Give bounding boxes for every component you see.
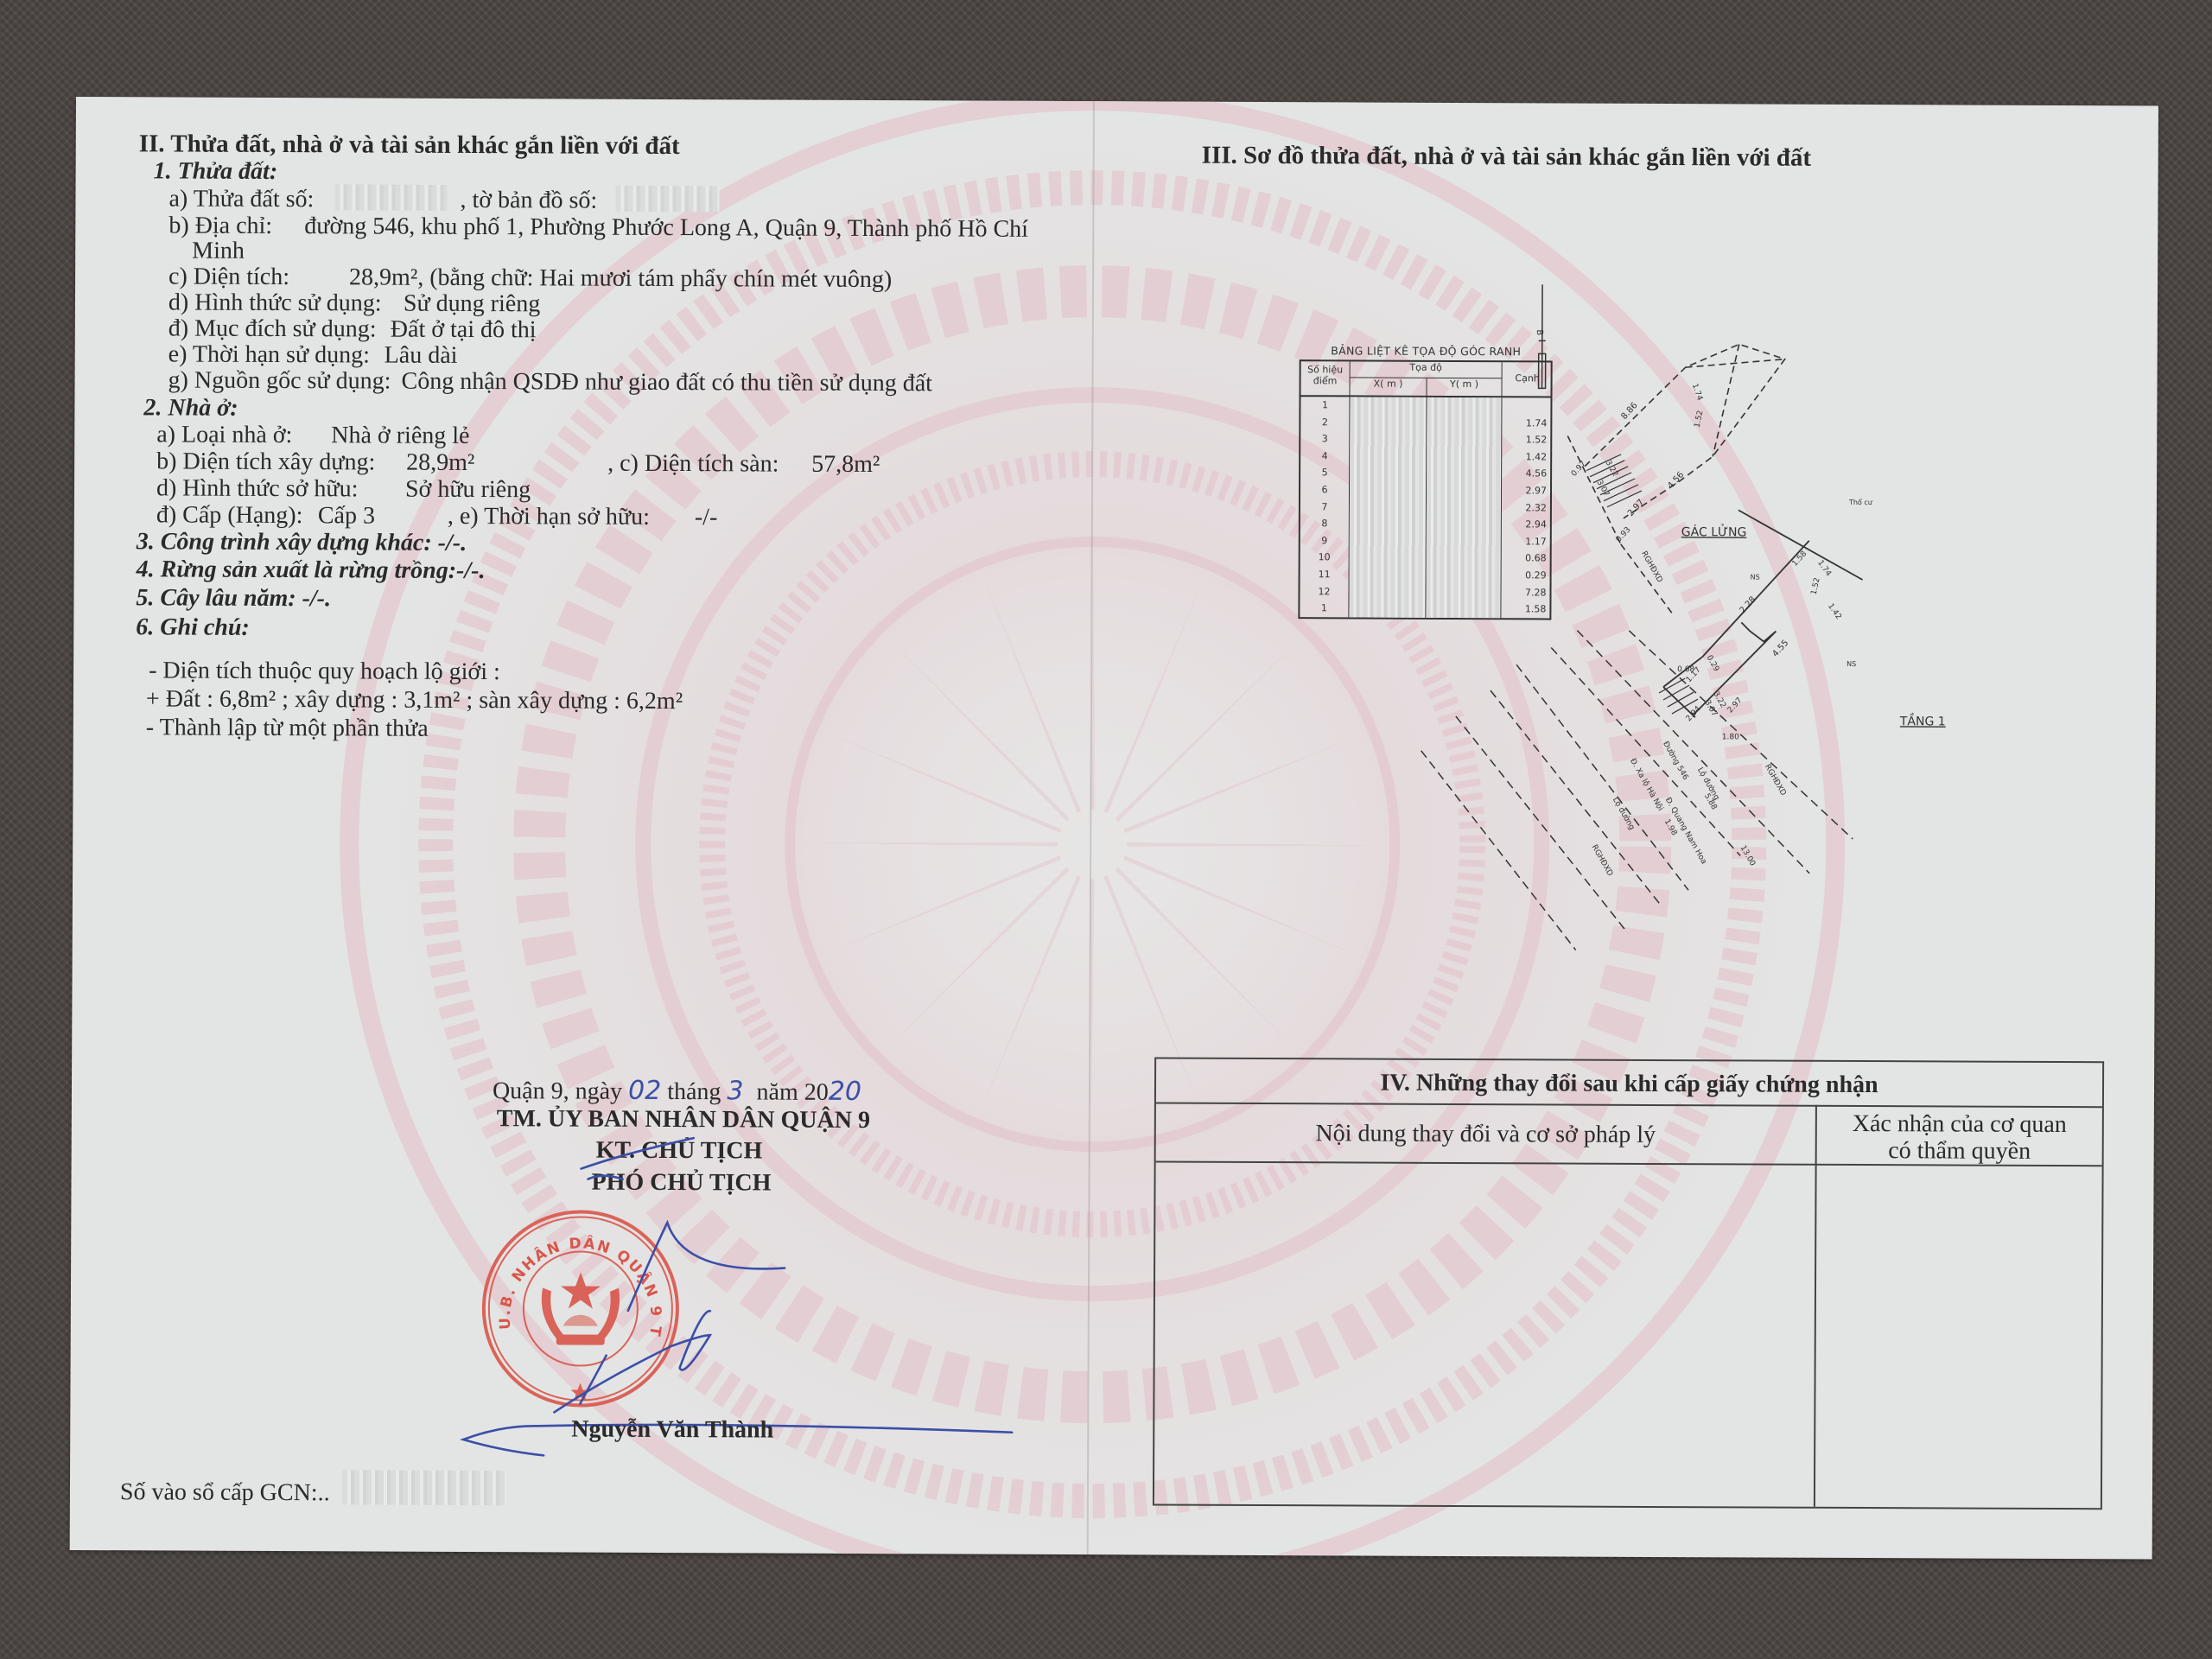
- ownership-value: Sở hữu riêng: [405, 478, 531, 503]
- svg-text:Đường 546: Đường 546: [1661, 740, 1690, 782]
- grade-value: Cấp 3: [318, 504, 375, 528]
- forest: 4. Rừng sản xuất là rừng trồng:-/-.: [137, 557, 486, 583]
- section-ii-title: II. Thửa đất, nhà ở và tài sản khác gắn …: [139, 131, 680, 159]
- house-heading: 2. Nhà ở:: [143, 396, 238, 420]
- north-arrow-icon: [1539, 284, 1547, 388]
- signer-name: Nguyễn Văn Thành: [571, 1418, 773, 1443]
- built-area-value: 28,9m²: [406, 451, 474, 475]
- svg-text:0.29: 0.29: [1705, 654, 1721, 674]
- changes-col-confirm-1: Xác nhận của cơ quan: [1817, 1110, 2102, 1139]
- svg-text:2.28: 2.28: [1738, 595, 1758, 616]
- svg-text:0.93: 0.93: [1615, 525, 1633, 544]
- grade-label: đ) Cấp (Hạng):: [156, 503, 303, 528]
- month-label: tháng: [667, 1078, 721, 1105]
- redacted-parcel-number: [334, 184, 447, 211]
- use-form-value: Sử dụng riêng: [404, 292, 540, 317]
- redacted-map-sheet: [615, 186, 719, 213]
- point-id: 2: [1300, 414, 1349, 431]
- point-id: 8: [1300, 515, 1349, 532]
- svg-text:Thổ cư: Thổ cư: [1848, 498, 1873, 506]
- register-number-label: Số vào sổ cấp GCN:..: [120, 1480, 330, 1505]
- point-column: 1234567891011121: [1300, 397, 1350, 617]
- point-id: 12: [1300, 583, 1348, 601]
- changes-col-content: Nội dung thay đổi và cơ sở pháp lý: [1156, 1119, 1815, 1149]
- certificate-paper: II. Thửa đất, nhà ở và tài sản khác gắn …: [70, 97, 2158, 1559]
- svg-text:Lộ đường: Lộ đường: [1611, 796, 1637, 832]
- svg-text:RGHĐXD: RGHĐXD: [1639, 550, 1664, 584]
- section-iii-title: III. Sơ đồ thửa đất, nhà ở và tài sản kh…: [1202, 143, 1811, 171]
- col-point-line1: Số hiệu: [1301, 364, 1350, 375]
- ground-floor-label: TẦNG 1: [1899, 712, 1946, 728]
- address-value-cont: Minh: [192, 239, 245, 264]
- date-prefix: Quận 9, ngày: [493, 1077, 622, 1105]
- address-value: đường 546, khu phố 1, Phường Phước Long …: [304, 214, 1028, 242]
- place-date: Quận 9, ngày 02 tháng 3 năm 2020: [493, 1077, 861, 1105]
- svg-text:4.55: 4.55: [1770, 639, 1790, 659]
- svg-text:4.56: 4.56: [1666, 470, 1686, 491]
- purpose-value: Đất ở tại đô thị: [391, 318, 537, 343]
- svg-text:2.97: 2.97: [1726, 696, 1745, 715]
- changes-col-confirm-2: có thẩm quyền: [1817, 1137, 2102, 1166]
- origin-value: Công nhận QSDĐ như giao đất có thu tiền …: [402, 370, 933, 397]
- point-id: 7: [1300, 499, 1349, 516]
- purpose-label: đ) Mục đích sử dụng:: [168, 316, 377, 341]
- point-id: 1: [1300, 600, 1348, 617]
- use-form-label: d) Hình thức sử dụng:: [168, 290, 382, 315]
- svg-text:RGHĐXD: RGHĐXD: [1590, 843, 1615, 878]
- svg-text:8.86: 8.86: [1619, 401, 1639, 422]
- perennial: 5. Cây lâu năm: -/-.: [136, 586, 331, 611]
- map-sheet-label: , tờ bản đồ số:: [460, 188, 597, 213]
- handwritten-month: 3: [727, 1076, 743, 1106]
- changes-title: IV. Những thay đổi sau khi cấp giấy chứn…: [1156, 1068, 2102, 1100]
- origin-label: g) Nguồn gốc sử dụng:: [168, 368, 391, 393]
- notes-line-2: + Đất : 6,8m² ; xây dựng : 3,1m² ; sàn x…: [146, 687, 683, 714]
- notes-heading: 6. Ghi chú:: [136, 615, 250, 640]
- col-point-line2: điểm: [1301, 375, 1350, 386]
- svg-text:13.00: 13.00: [1738, 844, 1758, 868]
- notes-line-3: - Thành lập từ một phần thửa: [146, 715, 429, 741]
- handwritten-day: 02: [628, 1076, 661, 1106]
- changes-table: IV. Những thay đổi sau khi cấp giấy chứn…: [1153, 1057, 2104, 1510]
- house-type-value: Nhà ở riêng lẻ: [331, 423, 469, 448]
- point-id: 4: [1300, 448, 1349, 465]
- mezzanine-label: GÁC LỬNG: [1681, 524, 1747, 539]
- house-type-label: a) Loại nhà ở:: [156, 423, 292, 448]
- parcel-label: a) Thửa đất số:: [168, 187, 314, 212]
- ownership-label: d) Hình thức sở hữu:: [156, 476, 358, 501]
- point-id: 5: [1300, 465, 1349, 482]
- svg-text:Đ. Xa lộ Hà Nội: Đ. Xa lộ Hà Nội: [1628, 757, 1665, 812]
- notes-line-1: - Diện tích thuộc quy hoạch lộ giới :: [149, 658, 500, 684]
- svg-text:1.80: 1.80: [1722, 733, 1739, 741]
- area-value: 28,9m², (bằng chữ: Hai mươi tám phẩy chí…: [349, 265, 892, 292]
- handwritten-year: 20: [829, 1077, 861, 1107]
- point-id: 10: [1300, 550, 1349, 567]
- point-id: 1: [1300, 397, 1349, 414]
- floor-area-label: , c) Diện tích sàn:: [607, 452, 779, 477]
- other-construction: 3. Công trình xây dựng khác: -/-.: [137, 530, 467, 556]
- svg-text:1.74: 1.74: [1690, 383, 1704, 402]
- svg-text:2.97: 2.97: [1626, 498, 1646, 518]
- area-label: c) Diện tích:: [168, 264, 289, 289]
- redacted-register-number: [342, 1470, 506, 1505]
- svg-text:RGHĐXD: RGHĐXD: [1763, 763, 1788, 798]
- built-area-label: b) Diện tích xây dựng:: [156, 449, 375, 474]
- floor-area-value: 57,8m²: [811, 453, 880, 477]
- land-heading: 1. Thửa đất:: [154, 159, 278, 184]
- svg-text:1.52: 1.52: [1810, 577, 1822, 596]
- term-label: e) Thời hạn sử dụng:: [168, 342, 370, 367]
- point-id: 9: [1300, 532, 1349, 550]
- svg-text:0.97: 0.97: [1570, 460, 1588, 479]
- parcel-sketch: B 8.86 1.74 1.52 4.56 2.97 3.22 3.07 0.9…: [1403, 250, 2012, 961]
- handwritten-signature: [450, 1118, 1109, 1484]
- point-id: 6: [1300, 481, 1349, 499]
- svg-text:NS: NS: [1751, 573, 1760, 581]
- own-term-label: , e) Thời hạn sở hữu:: [448, 505, 650, 530]
- svg-text:1.52: 1.52: [1694, 410, 1706, 429]
- term-value: Lâu dài: [385, 344, 458, 368]
- address-label: b) Địa chỉ:: [168, 213, 272, 238]
- col-point-header: Số hiệu điểm: [1300, 361, 1350, 397]
- point-id: 3: [1300, 430, 1349, 448]
- svg-text:1.58: 1.58: [1790, 550, 1808, 569]
- svg-text:1.42: 1.42: [1826, 602, 1843, 621]
- own-term-value: -/-: [695, 505, 718, 530]
- point-id: 11: [1300, 566, 1349, 583]
- svg-text:NS: NS: [1847, 660, 1856, 668]
- svg-text:B: B: [1535, 329, 1544, 335]
- year-prefix: năm 20: [756, 1078, 828, 1105]
